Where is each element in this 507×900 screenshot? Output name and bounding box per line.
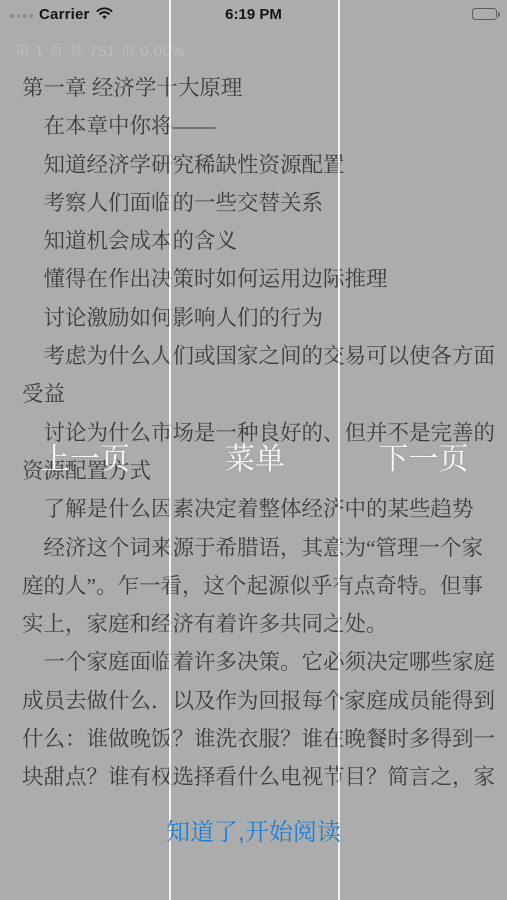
tap-zone-previous-page[interactable]: 上一页 (0, 0, 170, 900)
menu-label: 菜单 (170, 434, 340, 478)
next-page-label: 下一页 (340, 434, 507, 478)
previous-page-label: 上一页 (0, 434, 170, 478)
tap-zone-menu[interactable]: 菜单 (170, 0, 340, 900)
tap-zone-next-page[interactable]: 下一页 (340, 0, 507, 900)
start-reading-button[interactable]: 知道了,开始阅读 (0, 812, 507, 847)
